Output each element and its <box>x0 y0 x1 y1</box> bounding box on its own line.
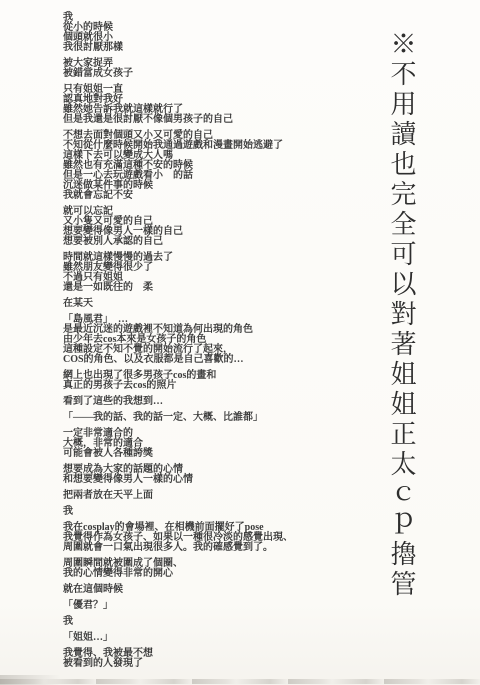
text-paragraph: 「——我的話、我的話一定、大概、比誰都」 <box>63 413 393 423</box>
text-line: 可能會被人各種誇獎 <box>63 449 393 459</box>
text-paragraph: 我 <box>63 507 393 517</box>
text-line: COS的角色、以及衣服都是自己喜歡的… <box>63 355 393 365</box>
text-line: 看到了這些的我想到… <box>63 397 393 407</box>
text-line: 我的心情變得非常的開心 <box>63 569 393 579</box>
text-line: 被看到的人發現了 <box>63 659 393 669</box>
text-line: 想要被別人承認的自己 <box>63 237 393 247</box>
text-line: 我就會忘記不安 <box>63 191 393 201</box>
text-line: 「優君？」 <box>63 601 393 611</box>
text-paragraph: 我 <box>63 617 393 627</box>
text-line: 被錯當成女孩子 <box>63 69 393 79</box>
text-paragraph: 一定非常適合的大概，非常的適合可能會被人各種誇獎 <box>63 429 393 459</box>
text-paragraph: 想要成為大家的話題的心情和想要變得像男人一樣的心情 <box>63 465 393 485</box>
text-line: 周圍就會一口氣出現很多人。我的確感覺到了。 <box>63 543 393 553</box>
text-line: 在某天 <box>63 299 393 309</box>
text-line: 還是一如既往的 柔 <box>63 283 393 293</box>
text-paragraph: 「姐姐…」 <box>63 633 393 643</box>
text-line: 「姐姐…」 <box>63 633 393 643</box>
text-paragraph: 周圍瞬間就被圍成了個圈、我的心情變得非常的開心 <box>63 559 393 579</box>
text-line: 就在這個時候 <box>63 585 393 595</box>
story-text-body: 我從小的時候個頭就很小我很討厭那樣被大家捉弄被錯當成女孩子只有姐姐一直認真地對我… <box>63 13 393 675</box>
text-paragraph: 就可以忘記又小隻又可愛的自己想要變得像男人一樣的自己想要被別人承認的自己 <box>63 207 393 247</box>
text-paragraph: 「優君？」 <box>63 601 393 611</box>
text-line: 我 <box>63 507 393 517</box>
text-paragraph: 只有姐姐一直認真地對我好雖然她告訴我就這樣就行了但是我還是很討厭不像個男孩子的自… <box>63 85 393 125</box>
text-line: 和想要變得像男人一樣的心情 <box>63 475 393 485</box>
text-line: 真正的男孩子去cos的照片 <box>63 381 393 391</box>
text-paragraph: 就在這個時候 <box>63 585 393 595</box>
scan-edge-artifact <box>0 679 480 684</box>
text-paragraph: 在某天 <box>63 299 393 309</box>
text-line: 「——我的話、我的話一定、大概、比誰都」 <box>63 413 393 423</box>
text-line: 把兩者放在天平上面 <box>63 491 393 501</box>
text-paragraph: 不想去面對個頭又小又可愛的自己不知從什麼時候開始我通過遊戲和漫畫開始逃避了這樣下… <box>63 131 393 201</box>
text-paragraph: 時間就這樣慢慢的過去了雖然朋友變得很少了不過只有姐姐還是一如既往的 柔 <box>63 253 393 293</box>
text-paragraph: 我在cosplay的會場裡、在相機前面擺好了pose我覺得作為女孩子、如果以一種… <box>63 523 393 553</box>
text-paragraph: 我覺得、我被最不想被看到的人發現了 <box>63 649 393 669</box>
margin-note-vertical: ※不用讀也完全可以對著姐姐正太ｃｐ擼管 <box>383 30 420 600</box>
scan-corner-artifact <box>0 675 60 685</box>
text-line: 我 <box>63 617 393 627</box>
text-paragraph: 被大家捉弄被錯當成女孩子 <box>63 59 393 79</box>
text-paragraph: 把兩者放在天平上面 <box>63 491 393 501</box>
text-paragraph: 「島風君」 …是最近沉迷的遊戲裡不知道為何出現的角色由少年去cos本來是女孩子的… <box>63 315 393 365</box>
text-paragraph: 看到了這些的我想到… <box>63 397 393 407</box>
text-paragraph: 我從小的時候個頭就很小我很討厭那樣 <box>63 13 393 53</box>
text-line: 但是我還是很討厭不像個男孩子的自己 <box>63 115 393 125</box>
text-paragraph: 網上也出現了很多男孩子cos的畫和真正的男孩子去cos的照片 <box>63 371 393 391</box>
text-line: 我很討厭那樣 <box>63 43 393 53</box>
scanned-page: 我從小的時候個頭就很小我很討厭那樣被大家捉弄被錯當成女孩子只有姐姐一直認真地對我… <box>0 0 480 685</box>
